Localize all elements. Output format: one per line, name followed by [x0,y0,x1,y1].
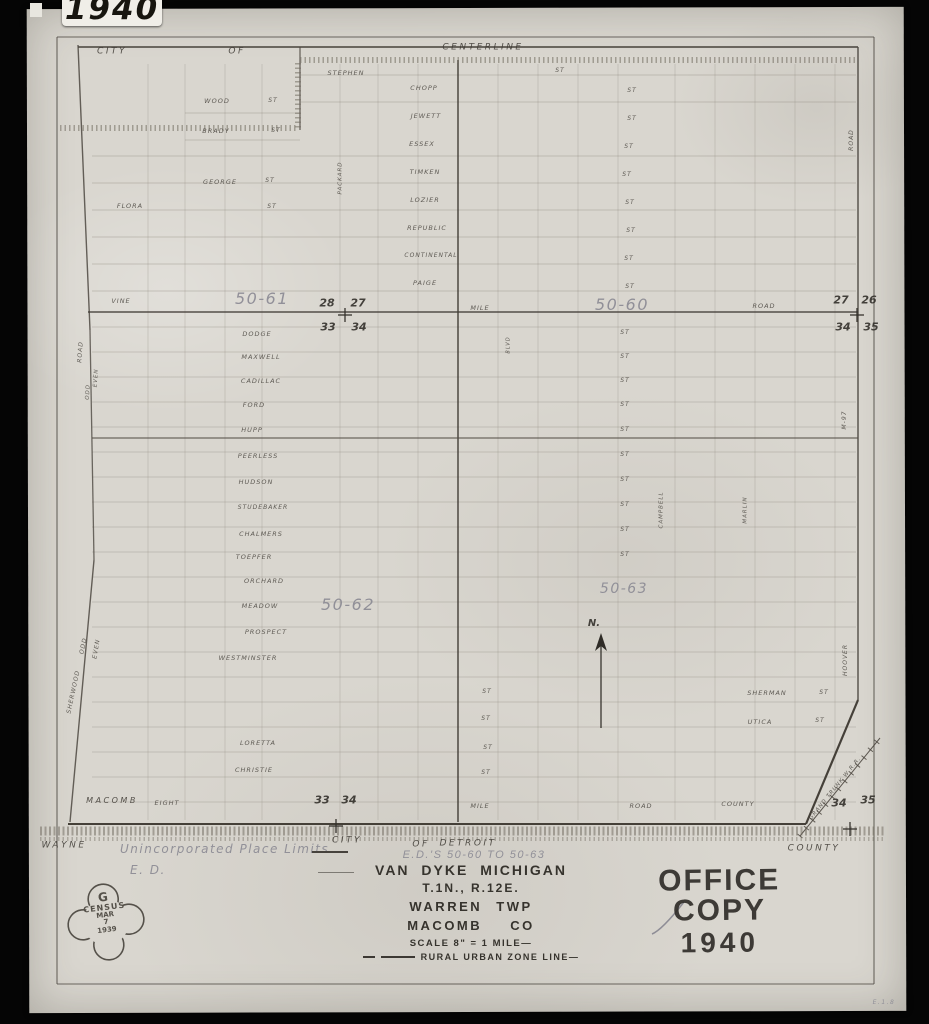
map-label-utica: UTICA [748,719,773,726]
map-label-st: ST [625,200,634,206]
census-bureau-stamp: G CENSUS MAR 7 1939 [61,877,150,966]
map-label-hudson: HUDSON [239,479,274,486]
map-label-st: ST [268,98,277,104]
office-copy-stamp: OFFICE COPY 1940 [612,865,828,958]
map-label-flora: FLORA [117,203,143,210]
map-label-27: 27 [833,295,848,306]
map-label-packard: PACKARD [338,161,344,194]
title-township: WARREN TWP [352,899,590,914]
map-label-campbell: CAMPBELL [659,491,665,528]
map-label-wood: WOOD [204,98,230,105]
office-copy-text: OFFICE COPY [612,865,828,927]
map-label-eight: EIGHT [155,800,180,807]
map-label-st: ST [624,144,633,150]
map-label-george: GEORGE [203,179,237,186]
zone-line-dash-long [381,956,415,958]
map-label-macomb: MACOMB [86,797,138,805]
map-label-county: COUNTY [788,845,841,854]
map-label-timken: TIMKEN [410,169,441,176]
map-label-34: 34 [351,322,366,333]
map-label-st: ST [271,128,280,134]
map-label-christie: CHRISTIE [235,767,273,774]
map-label-brady: BRADY [202,128,229,135]
map-label-continental: CONTINENTAL [404,253,457,259]
office-copy-year: 1940 [612,928,827,958]
map-label-wayne: WAYNE [41,842,86,851]
map-label-st: ST [620,452,629,458]
unincorporated-place-limits-line-sample [312,851,348,853]
title-place: VAN DYKE MICHIGAN [352,862,590,878]
map-label-e-1-8: E.1.8 [873,1000,896,1006]
map-label-st: ST [267,204,276,210]
map-label-st: ST [625,284,634,290]
map-label-m-97: M-97 [842,411,848,430]
map-label-mile: MILE [470,305,489,312]
map-label-st: ST [620,552,629,558]
map-label-50-62: 50-62 [321,597,375,613]
map-label-toepfer: TOEPFER [236,554,272,561]
map-label-blvd: BLVD [507,336,512,353]
map-label-orchard: ORCHARD [244,578,284,585]
map-label-dodge: DODGE [242,331,271,338]
map-label-st: ST [819,690,828,696]
map-label-detroit: DETROIT [439,840,496,849]
map-label-st: ST [555,68,564,74]
map-label-34: 34 [831,798,846,809]
map-label-county: COUNTY [721,801,754,808]
map-label-westminster: WESTMINSTER [219,655,278,662]
map-label-35: 35 [860,795,875,806]
map-label-st: ST [620,477,629,483]
map-label-st: ST [626,228,635,234]
map-label-lozier: LOZIER [410,197,440,204]
map-label-st: ST [815,718,824,724]
map-label-st: ST [620,427,629,433]
map-label-marlin: MARLIN [743,496,749,523]
map-label-st: ST [265,178,274,184]
map-label-city: CITY [97,48,127,57]
map-label-st: ST [620,354,629,360]
map-label-sherman: SHERMAN [747,690,787,697]
map-label-centerline: CENTERLINE [442,44,523,53]
map-label-st: ST [481,770,490,776]
map-label-n-: N. [588,619,600,629]
map-label-28: 28 [319,298,334,309]
map-label-studebaker: STUDEBAKER [238,505,288,511]
map-label-road: ROAD [629,803,652,810]
map-label-st: ST [620,330,629,336]
map-label-st: ST [627,116,636,122]
map-label-city: CITY [332,837,362,846]
map-title-block: E.D.'S 50-60 TO 50-63 VAN DYKE MICHIGAN … [352,850,590,962]
map-label-meadow: MEADOW [242,603,279,610]
map-label-st: ST [620,527,629,533]
map-label-st: ST [482,689,491,695]
title-county: MACOMB CO [352,918,590,933]
zone-line-label: RURAL URBAN ZONE LINE— [421,952,580,962]
map-label-chalmers: CHALMERS [239,531,283,538]
map-label-34: 34 [341,795,356,806]
map-label-mile: MILE [470,803,489,810]
map-label-peerless: PEERLESS [238,453,278,460]
map-label-st: ST [620,502,629,508]
rural-urban-zone-row: RURAL URBAN ZONE LINE— [352,952,590,962]
map-label-grand-trunk-w-r-r-: GRAND TRUNK W R.R. [809,757,863,822]
map-label-hoover: HOOVER [843,644,849,676]
legend-unincorporated-label: Unincorporated Place Limits [120,843,329,855]
title-scale: SCALE 8" = 1 MILE— [352,938,590,949]
map-label-even: EVEN [94,368,101,387]
zone-line-dash-short [363,956,375,958]
map-label-odd: ODD [79,637,88,655]
map-label-republic: REPUBLIC [407,225,447,232]
map-label-loretta: LORETTA [240,740,276,747]
map-label-stephen: STEPHEN [328,70,365,77]
ed-line-sample [318,872,354,873]
map-label-road: ROAD [849,129,855,151]
map-label-33: 33 [320,322,335,333]
map-label-chopp: CHOPP [410,85,437,92]
map-label-33: 33 [314,795,329,806]
map-label-paige: PAIGE [413,280,437,287]
map-label-26: 26 [861,295,876,306]
map-label-cadillac: CADILLAC [241,378,281,385]
map-label-st: ST [481,716,490,722]
map-label-50-60: 50-60 [595,297,649,313]
map-label-34: 34 [835,322,850,333]
map-label-maxwell: MAXWELL [241,354,280,361]
title-township-range: T.1N., R.12E. [352,881,590,895]
map-label-prospect: PROSPECT [245,629,287,636]
map-label-27: 27 [350,298,365,309]
scanned-census-map-page: 1940 CITYOFCENTERLINESTEPHENSTCHOPPJEWET… [0,0,929,1024]
map-label-hupp: HUPP [241,427,263,434]
legend-ed-label: E. D. [130,864,166,876]
map-label-st: ST [620,402,629,408]
map-label-st: ST [624,256,633,262]
map-label-of: OF [228,48,245,57]
map-label-50-63: 50-63 [600,582,648,596]
map-label-essex: ESSEX [409,141,435,148]
map-label-ford: FORD [243,402,265,409]
map-label-st: ST [627,88,636,94]
map-label-st: ST [483,745,492,751]
map-label-odd: ODD [86,384,93,400]
map-label-st: ST [622,172,631,178]
map-label-road: ROAD [77,341,84,363]
ed-range-note: E.D.'S 50-60 TO 50-63 [358,850,590,861]
map-label-35: 35 [863,322,878,333]
map-label-sherwood: SHERWOOD [66,670,81,715]
map-label-jewett: JEWETT [411,113,442,120]
map-label-even: EVEN [92,639,101,660]
map-label-road: ROAD [752,303,775,310]
map-label-50-61: 50-61 [235,291,289,307]
map-label-st: ST [620,378,629,384]
map-label-vine: VINE [111,298,130,305]
